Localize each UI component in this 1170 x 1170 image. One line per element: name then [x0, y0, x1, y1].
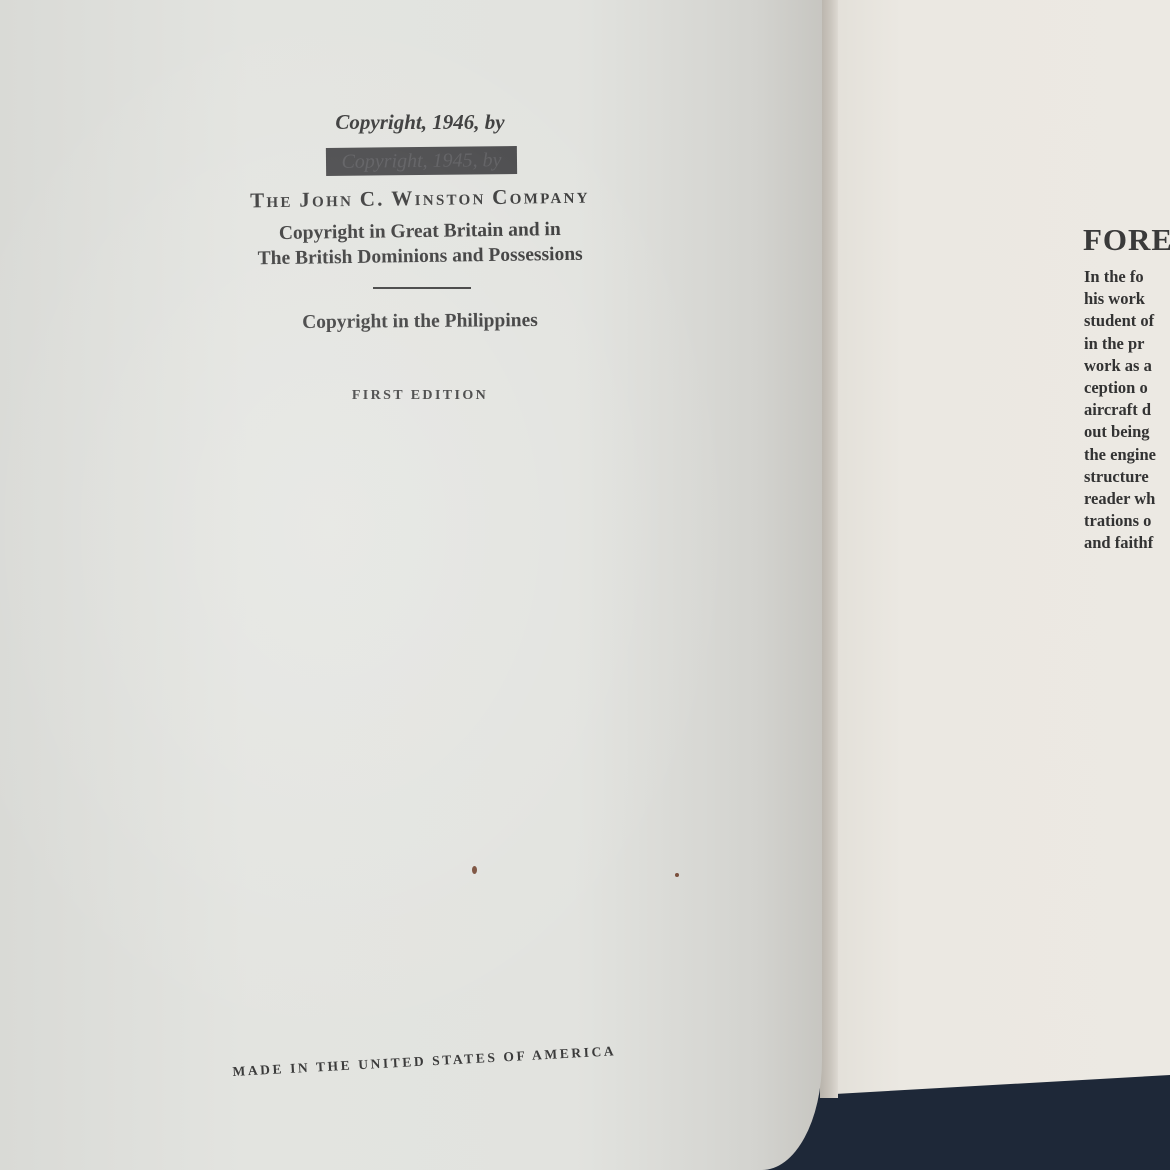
publisher-name-company: Company: [492, 184, 590, 209]
foreword-line: reader wh: [1084, 488, 1170, 510]
publisher-name-initial: C.: [360, 186, 385, 210]
made-in-usa-line: MADE IN THE UNITED STATES OF AMERICA: [232, 1043, 616, 1080]
section-divider: [373, 287, 471, 289]
philippines-copyright: Copyright in the Philippines: [0, 307, 840, 336]
foreword-line: the engine: [1084, 444, 1170, 466]
paper-foxing-spot: [472, 866, 477, 874]
foreword-line: structure: [1084, 466, 1170, 488]
paper-foxing-spot: [675, 873, 679, 877]
page-gutter-shadow: [820, 0, 838, 1098]
publisher-name-john: John: [299, 187, 353, 212]
foreword-line: in the pr: [1084, 333, 1170, 355]
foreword-heading: FORE: [1083, 222, 1170, 258]
foreword-line: ception o: [1084, 377, 1170, 399]
foreword-line: trations o: [1084, 510, 1170, 532]
foreword-line: In the fo: [1084, 266, 1170, 288]
foreword-line: and faithf: [1084, 532, 1170, 554]
great-britain-copyright: Copyright in Great Britain and in The Br…: [0, 213, 840, 275]
foreword-line: aircraft d: [1084, 399, 1170, 421]
redacted-copyright-line: Copyright, 1945, by: [326, 146, 517, 176]
foreword-body-text: In the fo his work student of in the pr …: [1084, 266, 1170, 554]
publisher-name: The John C. Winston Company: [0, 180, 840, 217]
book-spread: FORE In the fo his work student of in th…: [0, 0, 1170, 1170]
foreword-line: out being: [1084, 421, 1170, 443]
foreword-line: student of: [1084, 310, 1170, 332]
copyright-year-line: Copyright, 1946, by: [0, 110, 840, 135]
foreword-line: work as a: [1084, 355, 1170, 377]
edition-label: FIRST EDITION: [0, 388, 840, 404]
publisher-name-winston: Winston: [391, 185, 486, 210]
publisher-article: The: [250, 188, 293, 213]
foreword-line: his work: [1084, 288, 1170, 310]
redaction-bar: Copyright, 1945, by: [326, 146, 517, 176]
left-page-copyright: Copyright, 1946, by Copyright, 1945, by …: [0, 0, 822, 1170]
